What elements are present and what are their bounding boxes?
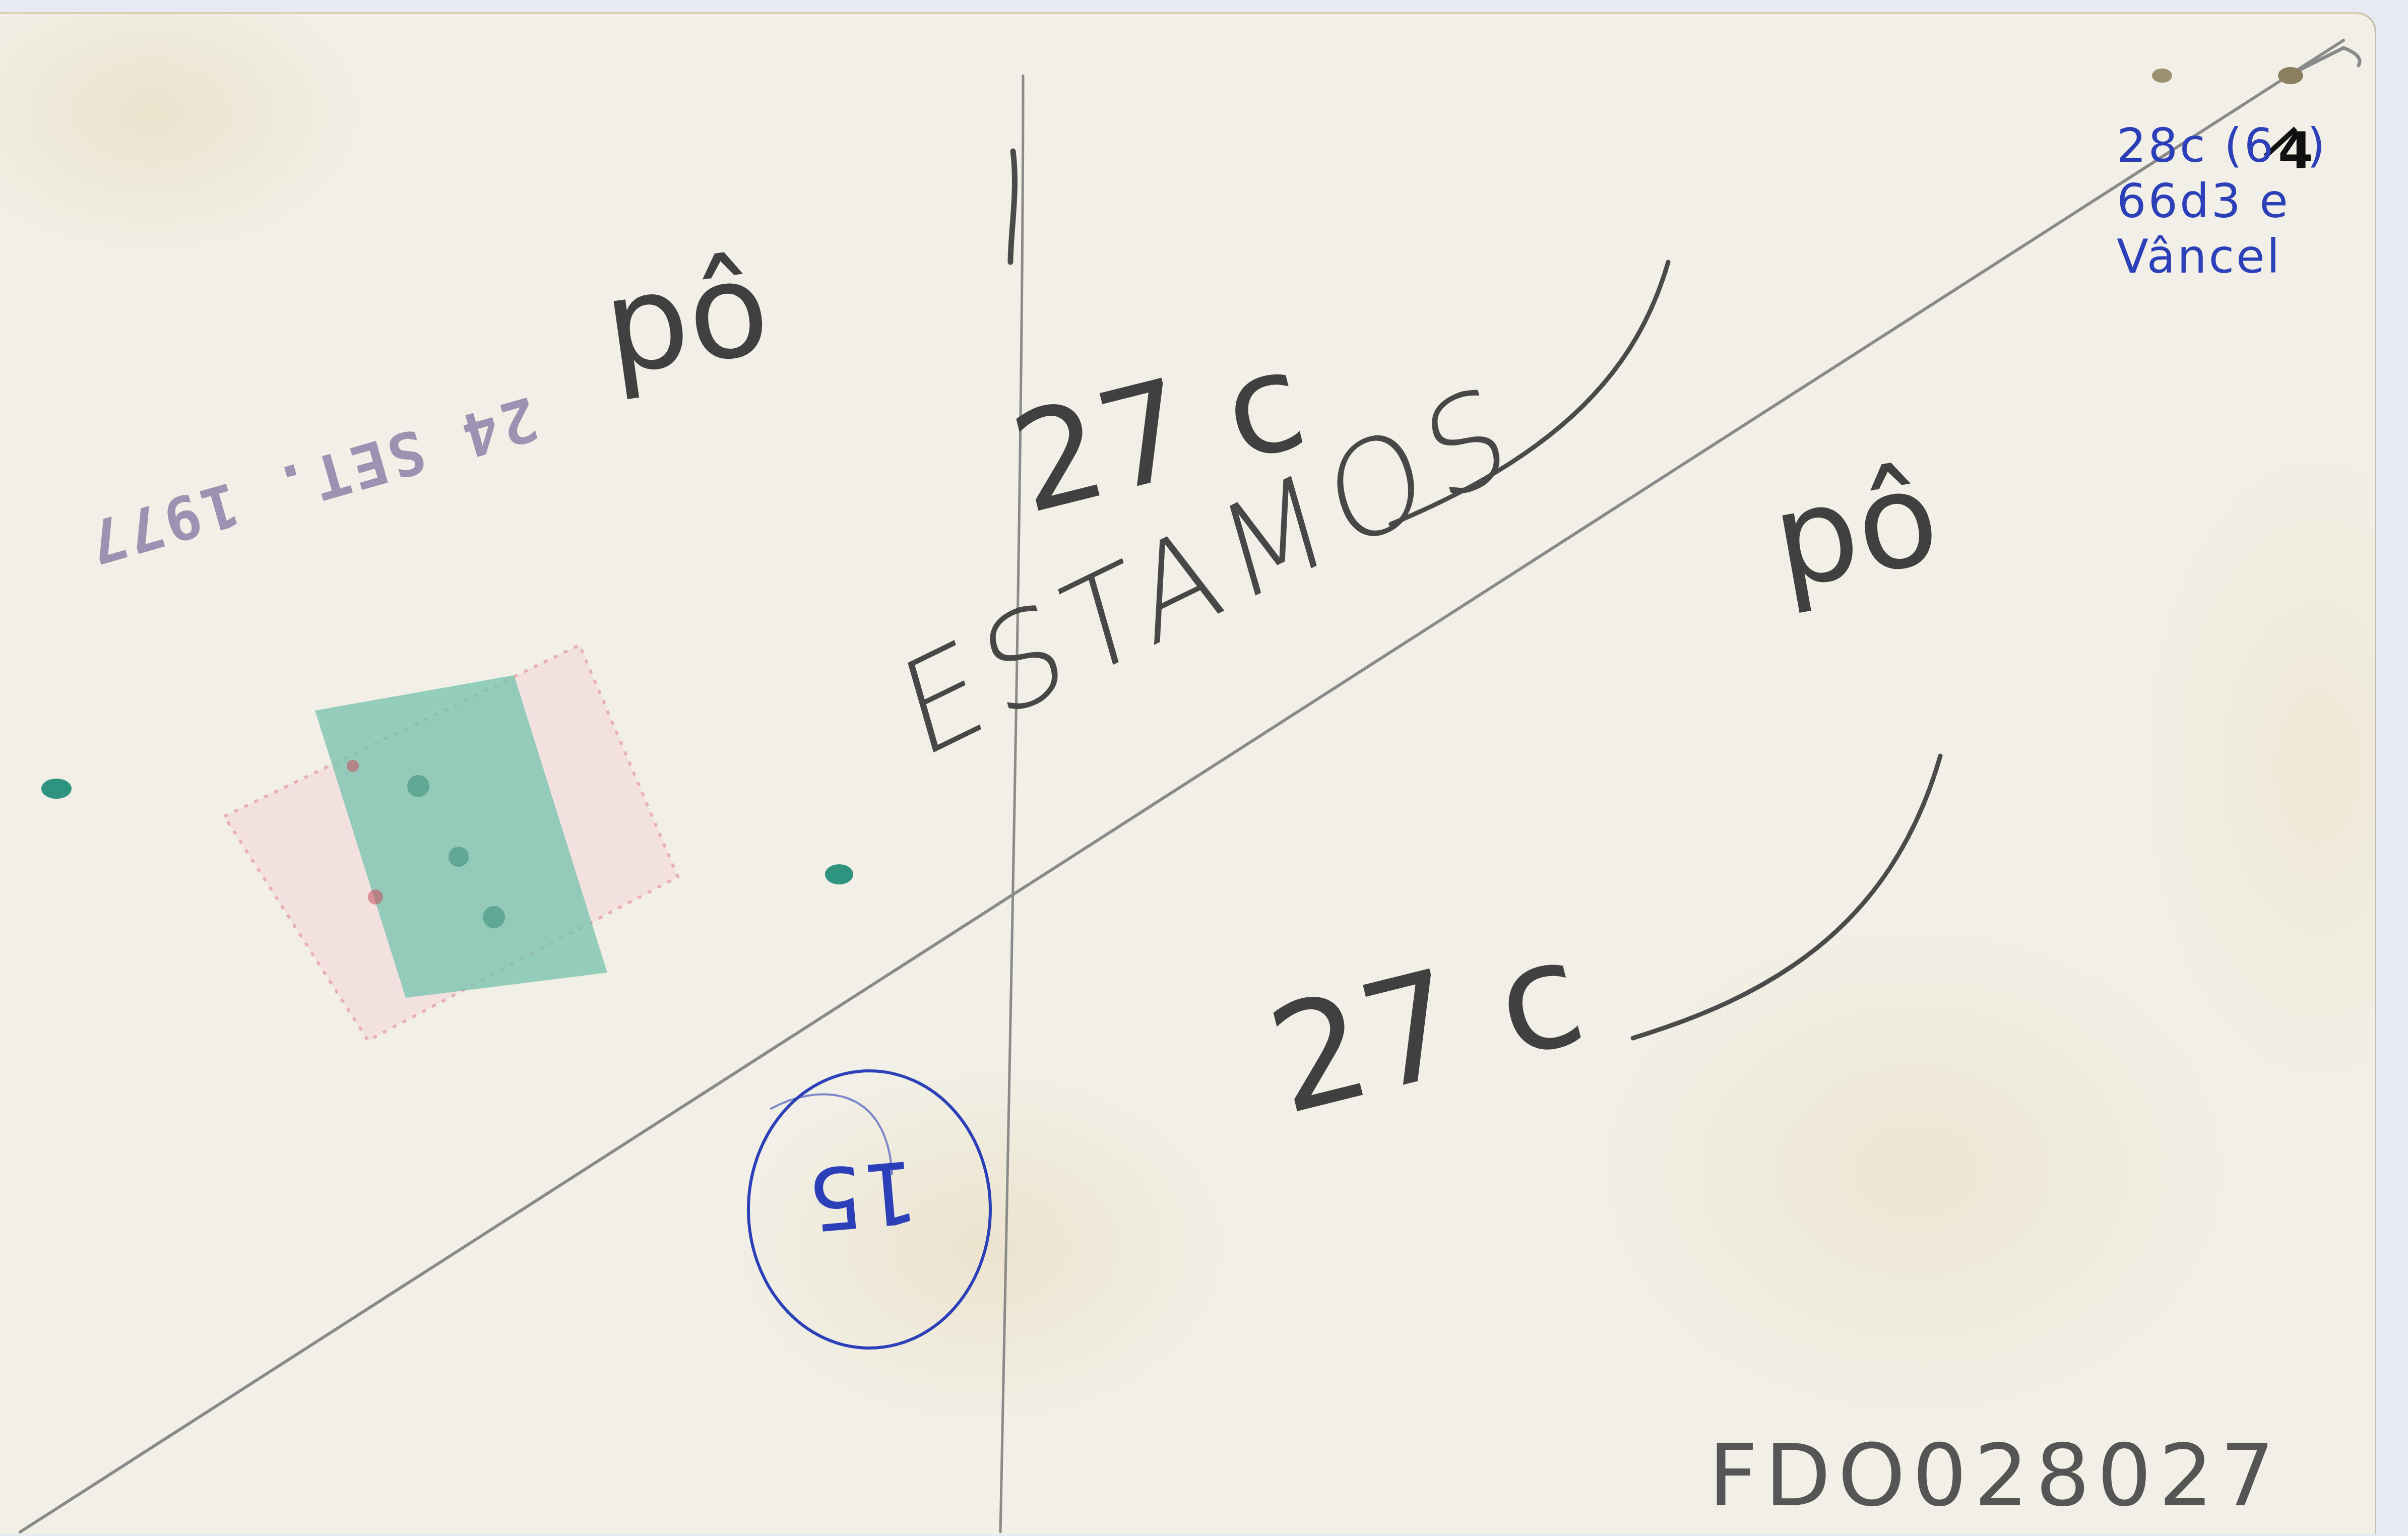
color-rubbing-stamp [224, 645, 678, 1041]
crop-instruction-2: pô [1762, 440, 1949, 619]
vertical-crop-line [1000, 76, 1023, 1532]
corner-note-line-2: 66d3 e [2117, 174, 2290, 229]
corner-note-line-3: Vâncel [2117, 229, 2282, 285]
green-dot [825, 864, 853, 884]
catalog-number: FDO028027 [1708, 1426, 2282, 1526]
circled-number: 15 [804, 1140, 921, 1249]
green-dot [41, 779, 72, 799]
corner-note-struck-digit: 4 [2278, 121, 2313, 180]
pencil-crop-marks [0, 0, 2408, 1536]
crop-instruction-1: pô [595, 231, 778, 405]
